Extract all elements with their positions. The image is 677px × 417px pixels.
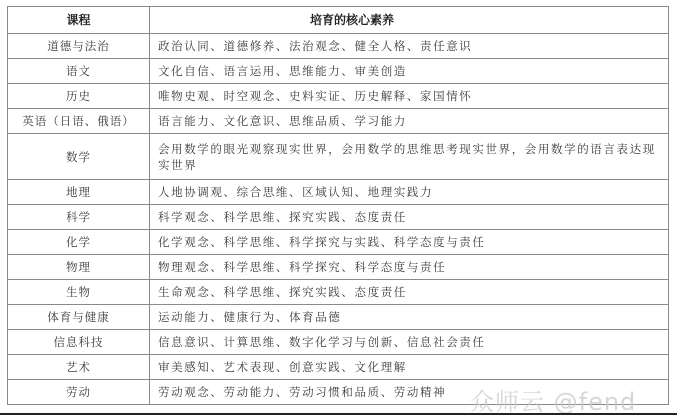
course-cell: 道德与法治 bbox=[8, 34, 150, 59]
course-cell: 历史 bbox=[8, 84, 150, 109]
course-cell: 化学 bbox=[8, 230, 150, 255]
literacy-cell: 物理观念、科学思维、科学探究、科学态度与责任 bbox=[150, 255, 669, 280]
core-literacy-table: 课程 培育的核心素养 道德与法治 政治认同、道德修养、法治观念、健全人格、责任意… bbox=[7, 6, 669, 405]
table-row: 化学 化学观念、科学思维、科学探究与实践、科学态度与责任 bbox=[8, 230, 669, 255]
table-row: 信息科技 信息意识、计算思维、数字化学习与创新、信息社会责任 bbox=[8, 330, 669, 355]
literacy-cell: 审美感知、艺术表现、创意实践、文化理解 bbox=[150, 355, 669, 380]
table-row: 科学 科学观念、科学思维、探究实践、态度责任 bbox=[8, 205, 669, 230]
table-row: 物理 物理观念、科学思维、科学探究、科学态度与责任 bbox=[8, 255, 669, 280]
literacy-cell: 信息意识、计算思维、数字化学习与创新、信息社会责任 bbox=[150, 330, 669, 355]
table-row: 艺术 审美感知、艺术表现、创意实践、文化理解 bbox=[8, 355, 669, 380]
course-cell: 数学 bbox=[8, 134, 150, 180]
course-cell: 生物 bbox=[8, 280, 150, 305]
course-cell: 英语（日语、俄语） bbox=[8, 109, 150, 134]
table-row: 英语（日语、俄语） 语言能力、文化意识、思维品质、学习能力 bbox=[8, 109, 669, 134]
course-cell: 艺术 bbox=[8, 355, 150, 380]
table-row: 语文 文化自信、语言运用、思维能力、审美创造 bbox=[8, 59, 669, 84]
literacy-cell: 会用数学的眼光观察现实世界，会用数学的思维思考现实世界，会用数学的语言表达现实世… bbox=[150, 134, 669, 180]
course-cell: 体育与健康 bbox=[8, 305, 150, 330]
literacy-cell: 语言能力、文化意识、思维品质、学习能力 bbox=[150, 109, 669, 134]
header-literacy: 培育的核心素养 bbox=[150, 7, 669, 34]
course-cell: 信息科技 bbox=[8, 330, 150, 355]
course-cell: 劳动 bbox=[8, 380, 150, 405]
bottom-divider bbox=[0, 413, 677, 415]
course-cell: 科学 bbox=[8, 205, 150, 230]
table-row: 数学 会用数学的眼光观察现实世界，会用数学的思维思考现实世界，会用数学的语言表达… bbox=[8, 134, 669, 180]
table-header-row: 课程 培育的核心素养 bbox=[8, 7, 669, 34]
literacy-cell: 运动能力、健康行为、体育品德 bbox=[150, 305, 669, 330]
table-row: 生物 生命观念、科学思维、探究实践、态度责任 bbox=[8, 280, 669, 305]
literacy-cell: 人地协调观、综合思维、区域认知、地理实践力 bbox=[150, 180, 669, 205]
header-course: 课程 bbox=[8, 7, 150, 34]
course-cell: 物理 bbox=[8, 255, 150, 280]
watermark: 众师云 @fend bbox=[470, 382, 636, 417]
literacy-cell: 唯物史观、时空观念、史料实证、历史解释、家国情怀 bbox=[150, 84, 669, 109]
literacy-cell: 科学观念、科学思维、探究实践、态度责任 bbox=[150, 205, 669, 230]
literacy-cell: 文化自信、语言运用、思维能力、审美创造 bbox=[150, 59, 669, 84]
course-cell: 地理 bbox=[8, 180, 150, 205]
table-row: 体育与健康 运动能力、健康行为、体育品德 bbox=[8, 305, 669, 330]
table-row: 地理 人地协调观、综合思维、区域认知、地理实践力 bbox=[8, 180, 669, 205]
table-row: 历史 唯物史观、时空观念、史料实证、历史解释、家国情怀 bbox=[8, 84, 669, 109]
literacy-cell: 政治认同、道德修养、法治观念、健全人格、责任意识 bbox=[150, 34, 669, 59]
literacy-cell: 化学观念、科学思维、科学探究与实践、科学态度与责任 bbox=[150, 230, 669, 255]
literacy-cell: 生命观念、科学思维、探究实践、态度责任 bbox=[150, 280, 669, 305]
table-row: 道德与法治 政治认同、道德修养、法治观念、健全人格、责任意识 bbox=[8, 34, 669, 59]
course-cell: 语文 bbox=[8, 59, 150, 84]
